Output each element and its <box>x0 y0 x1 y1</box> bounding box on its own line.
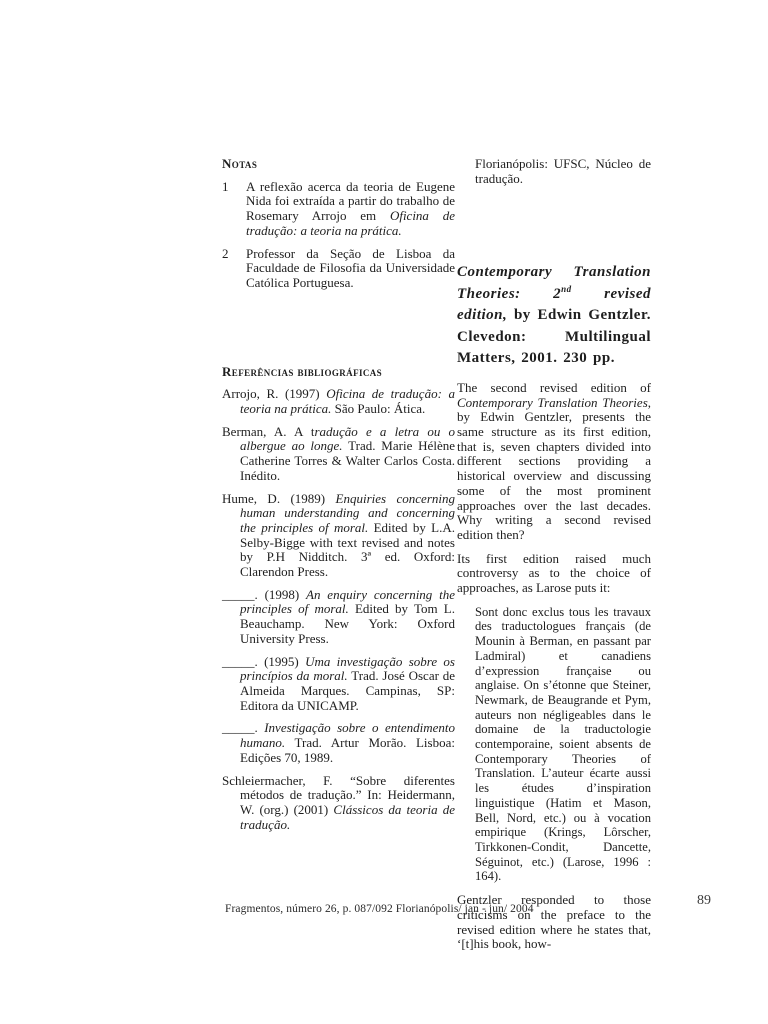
review-title-superscript: nd <box>561 284 572 294</box>
note-number: 1 <box>222 180 246 239</box>
note-segment: Professor da Seção de Lisboa da Faculdad… <box>246 246 455 290</box>
reference-segment: Arrojo, R. (1997) <box>222 386 326 401</box>
body-paragraph: The second revised edition of Contempora… <box>457 381 651 543</box>
paragraph-segment: The second revised edition of <box>457 380 651 395</box>
closing-paragraph: Gentzler responded to those criticisms o… <box>457 893 651 952</box>
reference-segment: _____. (1998) <box>222 587 306 602</box>
note-item: 2 Professor da Seção de Lisboa da Faculd… <box>222 247 455 291</box>
reference-segment: São Paulo: Ática. <box>331 401 425 416</box>
notes-heading: Notas <box>222 157 455 172</box>
note-text: A reflexão acerca da teoria de Eugene Ni… <box>246 180 455 239</box>
footer-journal-line: Fragmentos, número 26, p. 087/092 Floria… <box>225 903 534 915</box>
continuation-reference: Florianópolis: UFSC, Núcleo de tradução. <box>457 157 651 186</box>
note-number: 2 <box>222 247 246 291</box>
references-heading: Referências bibliográficas <box>222 365 455 380</box>
review-title: Contemporary Translation Theories: 2nd r… <box>457 262 651 370</box>
reference-segment: _____. <box>222 720 264 735</box>
reference-segment: _____. (1995) <box>222 654 305 669</box>
right-column: Florianópolis: UFSC, Núcleo de tradução.… <box>457 157 651 952</box>
block-quote: Sont donc exclus tous les travaux des tr… <box>475 605 651 884</box>
note-item: 1 A reflexão acerca da teoria de Eugene … <box>222 180 455 239</box>
left-column: Notas 1 A reflexão acerca da teoria de E… <box>222 157 455 832</box>
page-number: 89 <box>697 893 711 909</box>
body-paragraph: Its first edition raised much controvers… <box>457 552 651 596</box>
reference-entry: Arrojo, R. (1997) Oficina de tradução: a… <box>222 387 455 416</box>
paragraph-segment: , by Edwin Gentzler, presents the same s… <box>457 395 651 542</box>
note-text: Professor da Seção de Lisboa da Faculdad… <box>246 247 455 291</box>
reference-entry: _____. (1995) Uma investigação sobre os … <box>222 655 455 714</box>
reference-entry: Hume, D. (1989) Enquiries concerning hum… <box>222 492 455 580</box>
reference-entry: _____. Investigação sobre o entendimento… <box>222 721 455 765</box>
reference-entry: Berman, A. A tradução e a letra ou o alb… <box>222 425 455 484</box>
paragraph-segment-italic: Contemporary Translation Theories <box>457 395 648 410</box>
document-page: Notas 1 A reflexão acerca da teoria de E… <box>0 0 768 1024</box>
reference-segment: Hume, D. (1989) <box>222 491 336 506</box>
reference-entry: _____. (1998) An enquiry concerning the … <box>222 588 455 647</box>
reference-entry: Schleiermacher, F. “Sobre diferentes mét… <box>222 774 455 833</box>
reference-segment: Berman, A. A t <box>222 424 314 439</box>
